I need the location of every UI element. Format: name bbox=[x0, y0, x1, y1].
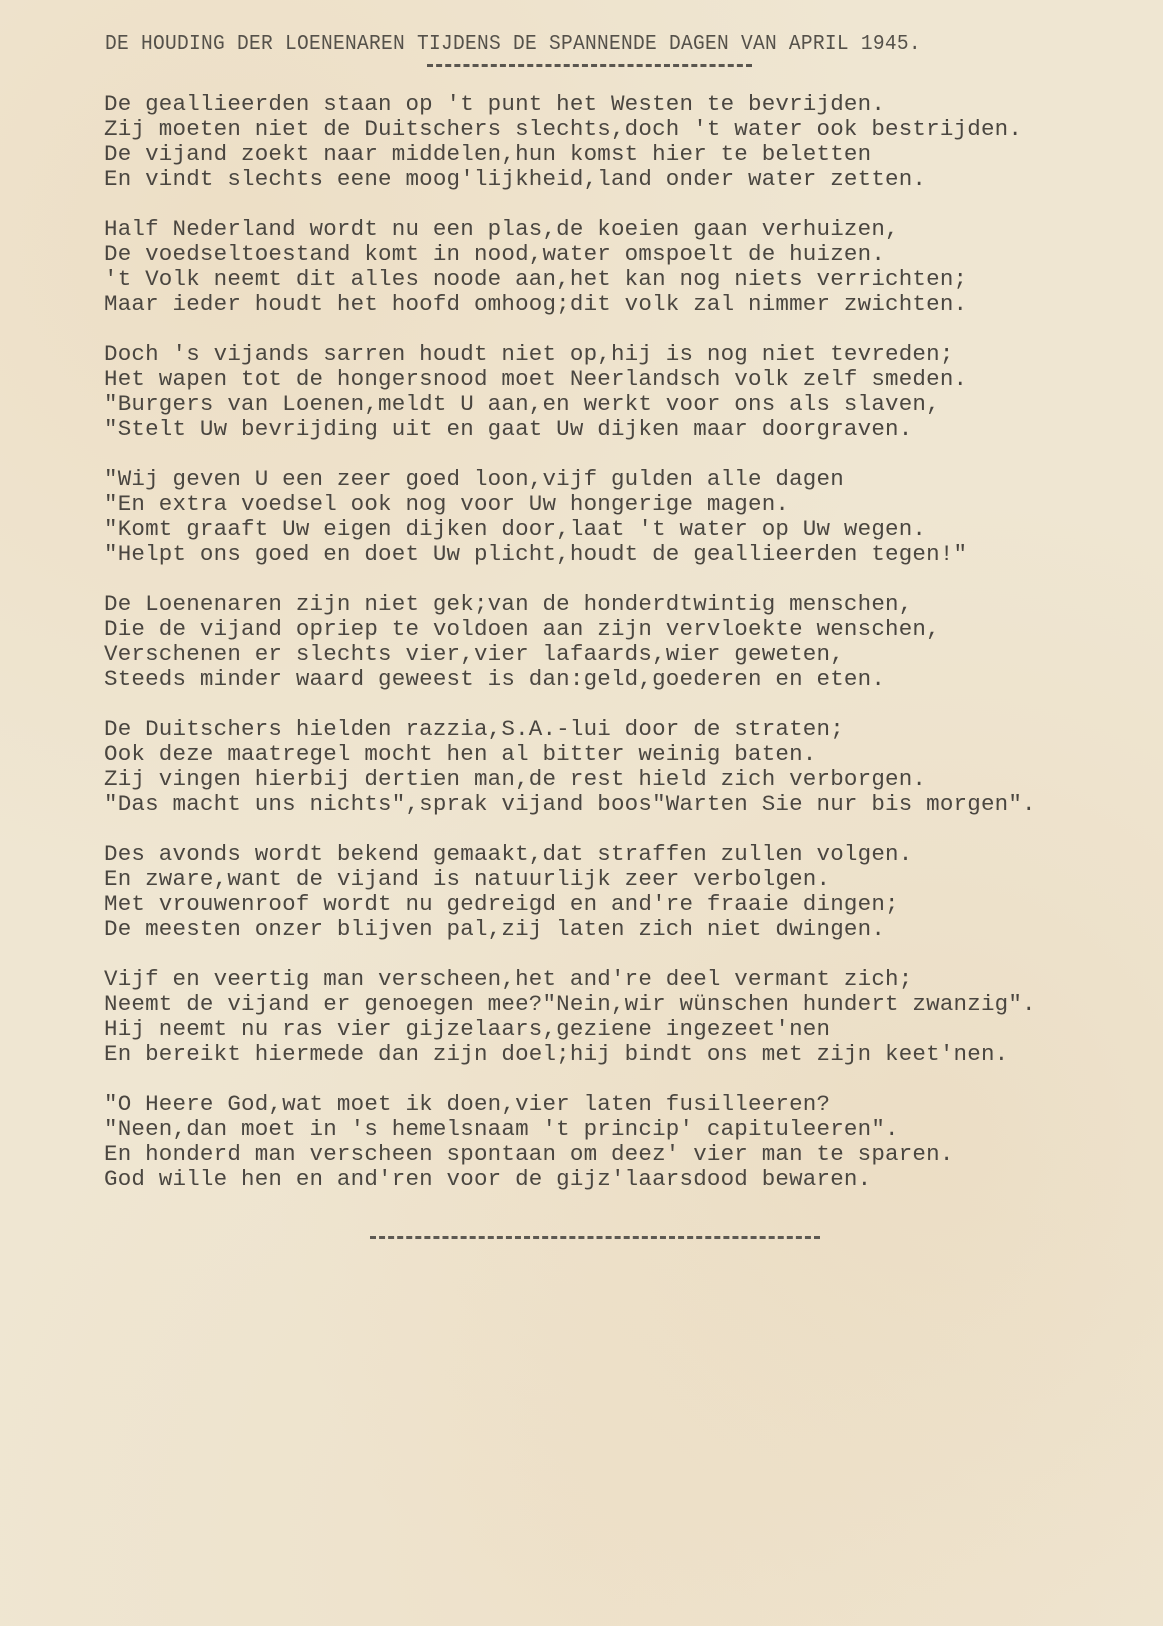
verse-line: Vijf en veertig man verscheen,het and're… bbox=[104, 967, 1036, 992]
verse-line: Die de vijand opriep te voldoen aan zijn… bbox=[104, 617, 940, 642]
verse-line: De voedseltoestand komt in nood,water om… bbox=[104, 242, 967, 267]
verse-line: Steeds minder waard geweest is dan:geld,… bbox=[104, 667, 940, 692]
verse-line: Des avonds wordt bekend gemaakt,dat stra… bbox=[104, 842, 912, 867]
verse-line: De vijand zoekt naar middelen,hun komst … bbox=[104, 142, 1022, 167]
verse-line: Met vrouwenroof wordt nu gedreigd en and… bbox=[104, 892, 912, 917]
closing-dashed-divider bbox=[370, 1236, 820, 1239]
verse-line: Het wapen tot de hongersnood moet Neerla… bbox=[104, 367, 967, 392]
verse-line: 't Volk neemt dit alles noode aan,het ka… bbox=[104, 267, 967, 292]
stanza-5: De Loenenaren zijn niet gek;van de honde… bbox=[104, 592, 940, 692]
verse-line: "O Heere God,wat moet ik doen,vier laten… bbox=[104, 1092, 954, 1117]
verse-line: En honderd man verscheen spontaan om dee… bbox=[104, 1142, 954, 1167]
stanza-8: Vijf en veertig man verscheen,het and're… bbox=[104, 967, 1036, 1067]
verse-line: Zij vingen hierbij dertien man,de rest h… bbox=[104, 767, 1036, 792]
verse-line: Hij neemt nu ras vier gijzelaars,geziene… bbox=[104, 1017, 1036, 1042]
verse-line: "Helpt ons goed en doet Uw plicht,houdt … bbox=[104, 542, 967, 567]
verse-line: "Neen,dan moet in 's hemelsnaam 't princ… bbox=[104, 1117, 954, 1142]
verse-line: De geallieerden staan op 't punt het Wes… bbox=[104, 92, 1022, 117]
title-underline-divider bbox=[427, 64, 752, 67]
document-title: DE HOUDING DER LOENENAREN TIJDENS DE SPA… bbox=[105, 33, 921, 56]
verse-line: "Stelt Uw bevrijding uit en gaat Uw dijk… bbox=[104, 417, 967, 442]
verse-line: "En extra voedsel ook nog voor Uw honger… bbox=[104, 492, 967, 517]
verse-line: "Wij geven U een zeer goed loon,vijf gul… bbox=[104, 467, 967, 492]
verse-line: Maar ieder houdt het hoofd omhoog;dit vo… bbox=[104, 292, 967, 317]
verse-line: Verschenen er slechts vier,vier lafaards… bbox=[104, 642, 940, 667]
stanza-1: De geallieerden staan op 't punt het Wes… bbox=[104, 92, 1022, 192]
verse-line: De Loenenaren zijn niet gek;van de honde… bbox=[104, 592, 940, 617]
stanza-7: Des avonds wordt bekend gemaakt,dat stra… bbox=[104, 842, 912, 942]
verse-line: De meesten onzer blijven pal,zij laten z… bbox=[104, 917, 912, 942]
verse-line: Neemt de vijand er genoegen mee?"Nein,wi… bbox=[104, 992, 1036, 1017]
stanza-4: "Wij geven U een zeer goed loon,vijf gul… bbox=[104, 467, 967, 567]
verse-line: God wille hen en and'ren voor de gijz'la… bbox=[104, 1167, 954, 1192]
verse-line: "Komt graaft Uw eigen dijken door,laat '… bbox=[104, 517, 967, 542]
typewritten-page: DE HOUDING DER LOENENAREN TIJDENS DE SPA… bbox=[0, 0, 1163, 1626]
verse-line: "Burgers van Loenen,meldt U aan,en werkt… bbox=[104, 392, 967, 417]
verse-line: De Duitschers hielden razzia,S.A.-lui do… bbox=[104, 717, 1036, 742]
verse-line: Ook deze maatregel mocht hen al bitter w… bbox=[104, 742, 1036, 767]
verse-line: En zware,want de vijand is natuurlijk ze… bbox=[104, 867, 912, 892]
verse-line: Doch 's vijands sarren houdt niet op,hij… bbox=[104, 342, 967, 367]
stanza-2: Half Nederland wordt nu een plas,de koei… bbox=[104, 217, 967, 317]
verse-line: En vindt slechts eene moog'lijkheid,land… bbox=[104, 167, 1022, 192]
verse-line: En bereikt hiermede dan zijn doel;hij bi… bbox=[104, 1042, 1036, 1067]
stanza-6: De Duitschers hielden razzia,S.A.-lui do… bbox=[104, 717, 1036, 817]
stanza-9: "O Heere God,wat moet ik doen,vier laten… bbox=[104, 1092, 954, 1192]
verse-line: "Das macht uns nichts",sprak vijand boos… bbox=[104, 792, 1036, 817]
verse-line: Zij moeten niet de Duitschers slechts,do… bbox=[104, 117, 1022, 142]
verse-line: Half Nederland wordt nu een plas,de koei… bbox=[104, 217, 967, 242]
stanza-3: Doch 's vijands sarren houdt niet op,hij… bbox=[104, 342, 967, 442]
